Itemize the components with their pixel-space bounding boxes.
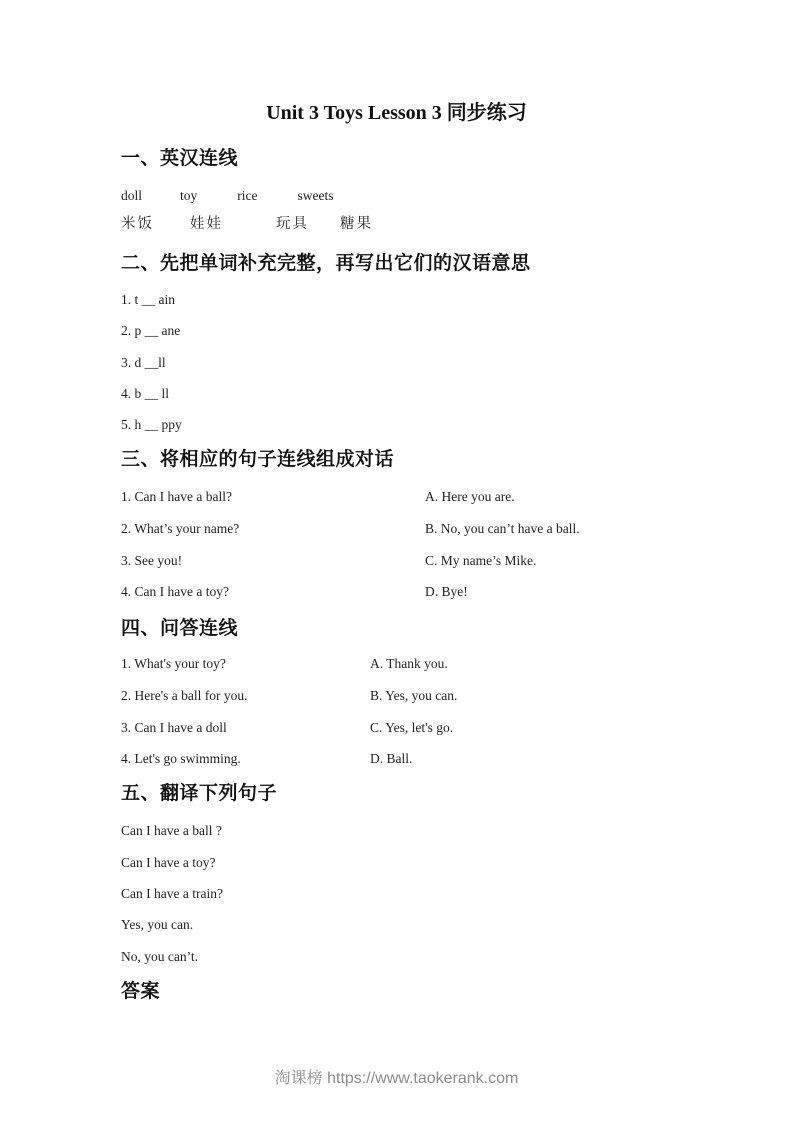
dialogue-left-item: 1. Can I have a ball?: [121, 489, 425, 504]
worksheet-content: 一、英汉连线 dolltoyricesweets 米饭娃娃玩具糖果 二、先把单词…: [0, 147, 793, 1003]
section-3-heading: 三、将相应的句子连线组成对话: [121, 448, 733, 471]
qa-left-item: 2. Here's a ball for you.: [121, 688, 370, 703]
worksheet-page: Unit 3 Toys Lesson 3 同步练习 一、英汉连线 dolltoy…: [0, 0, 793, 1122]
english-word: doll: [121, 188, 142, 203]
qa-match-row: 4. Let's go swimming. D. Ball.: [121, 751, 733, 766]
translation-line: Can I have a toy?: [121, 855, 733, 870]
dialogue-match-row: 3. See you! C. My name’s Mike.: [121, 553, 733, 568]
translation-line: No, you can’t.: [121, 949, 733, 964]
chinese-word: 米饭: [121, 216, 154, 232]
section-2-heading: 二、先把单词补充完整，再写出它们的汉语意思: [121, 252, 733, 275]
dialogue-right-item: C. My name’s Mike.: [425, 553, 733, 568]
qa-match-row: 3. Can I have a doll C. Yes, let's go.: [121, 720, 733, 735]
qa-match-row: 1. What's your toy? A. Thank you.: [121, 656, 733, 671]
fill-blank-item: 2. p __ ane: [121, 323, 733, 338]
qa-right-item: A. Thank you.: [370, 656, 733, 671]
qa-right-item: B. Yes, you can.: [370, 688, 733, 703]
qa-left-item: 3. Can I have a doll: [121, 720, 370, 735]
answers-heading: 答案: [121, 980, 733, 1003]
english-word-row: dolltoyricesweets: [121, 188, 733, 203]
chinese-word: 糖果: [340, 216, 373, 232]
fill-blank-item: 5. h __ ppy: [121, 417, 733, 432]
section-4-heading: 四、问答连线: [121, 617, 733, 640]
chinese-word: 玩具: [276, 216, 309, 232]
dialogue-right-item: A. Here you are.: [425, 489, 733, 504]
translation-line: Can I have a ball ?: [121, 823, 733, 838]
section-1-heading: 一、英汉连线: [121, 147, 733, 170]
fill-blank-item: 1. t __ ain: [121, 292, 733, 307]
qa-right-item: C. Yes, let's go.: [370, 720, 733, 735]
english-word: rice: [237, 188, 257, 203]
dialogue-right-item: B. No, you can’t have a ball.: [425, 521, 733, 536]
qa-match-row: 2. Here's a ball for you. B. Yes, you ca…: [121, 688, 733, 703]
english-word: sweets: [298, 188, 334, 203]
chinese-word: 娃娃: [190, 216, 223, 232]
qa-left-item: 4. Let's go swimming.: [121, 751, 370, 766]
qa-right-item: D. Ball.: [370, 751, 733, 766]
footer-site-text: 淘课榜 https://www.taokerank.com: [0, 1069, 793, 1088]
translation-line: Yes, you can.: [121, 917, 733, 932]
dialogue-left-item: 3. See you!: [121, 553, 425, 568]
translation-line: Can I have a train?: [121, 886, 733, 901]
fill-blank-item: 3. d __ll: [121, 355, 733, 370]
fill-blank-item: 4. b __ ll: [121, 386, 733, 401]
chinese-word-row: 米饭娃娃玩具糖果: [121, 216, 733, 233]
english-word: toy: [180, 188, 197, 203]
dialogue-left-item: 4. Can I have a toy?: [121, 584, 425, 599]
dialogue-match-row: 1. Can I have a ball? A. Here you are.: [121, 489, 733, 504]
dialogue-match-row: 4. Can I have a toy? D. Bye!: [121, 584, 733, 599]
dialogue-match-row: 2. What’s your name? B. No, you can’t ha…: [121, 521, 733, 536]
dialogue-left-item: 2. What’s your name?: [121, 521, 425, 536]
section-5-heading: 五、翻译下列句子: [121, 782, 733, 805]
page-title: Unit 3 Toys Lesson 3 同步练习: [0, 0, 793, 125]
dialogue-right-item: D. Bye!: [425, 584, 733, 599]
qa-left-item: 1. What's your toy?: [121, 656, 370, 671]
